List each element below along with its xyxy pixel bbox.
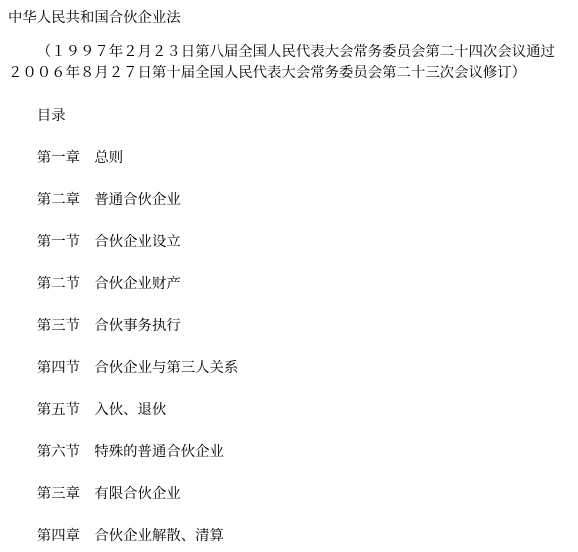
toc-item-title: 合伙企业与第三人关系 xyxy=(94,360,238,376)
toc-item-chapter-1: 第一章总则 xyxy=(8,148,570,169)
toc-item-chapter-4: 第四章合伙企业解散、清算 xyxy=(8,526,570,547)
toc-item-chapter-3: 第三章有限合伙企业 xyxy=(8,484,570,505)
toc-item-label: 第一章 xyxy=(37,150,80,166)
toc-item-label: 第三章 xyxy=(37,486,80,502)
toc-item-label: 第二章 xyxy=(37,192,80,208)
toc-item-section-1: 第一节合伙企业设立 xyxy=(8,232,570,253)
toc-item-label: 第三节 xyxy=(37,318,80,334)
toc-item-section-6: 第六节特殊的普通合伙企业 xyxy=(8,442,570,463)
toc-item-title: 合伙企业解散、清算 xyxy=(94,528,224,544)
toc-item-chapter-2: 第二章普通合伙企业 xyxy=(8,190,570,211)
toc-item-section-4: 第四节合伙企业与第三人关系 xyxy=(8,358,570,379)
law-document-page: 中华人民共和国合伙企业法 （１９９７年２月２３日第八届全国人民代表大会常务委员会… xyxy=(0,0,578,552)
toc-item-title: 特殊的普通合伙企业 xyxy=(94,444,224,460)
toc-item-title: 普通合伙企业 xyxy=(94,192,180,208)
toc-item-title: 总则 xyxy=(94,150,123,166)
toc-item-section-5: 第五节入伙、退伙 xyxy=(8,400,570,421)
toc-item-label: 第四节 xyxy=(37,360,80,376)
toc-item-label: 第六节 xyxy=(37,444,80,460)
toc-item-title: 合伙事务执行 xyxy=(94,318,180,334)
toc-item-label: 第四章 xyxy=(37,528,80,544)
toc-item-title: 合伙企业财产 xyxy=(94,276,180,292)
toc-item-label: 第五节 xyxy=(37,402,80,418)
toc-item-label: 第一节 xyxy=(37,234,80,250)
enactment-note: （１９９７年２月２３日第八届全国人民代表大会常务委员会第二十四次会议通过 ２００… xyxy=(8,42,570,84)
toc-item-title: 合伙企业设立 xyxy=(94,234,180,250)
toc-item-section-3: 第三节合伙事务执行 xyxy=(8,316,570,337)
document-title: 中华人民共和国合伙企业法 xyxy=(8,8,570,29)
toc-item-label: 第二节 xyxy=(37,276,80,292)
toc-item-title: 入伙、退伙 xyxy=(94,402,166,418)
toc-heading: 目录 xyxy=(8,106,570,127)
toc-item-section-2: 第二节合伙企业财产 xyxy=(8,274,570,295)
toc-item-title: 有限合伙企业 xyxy=(94,486,180,502)
